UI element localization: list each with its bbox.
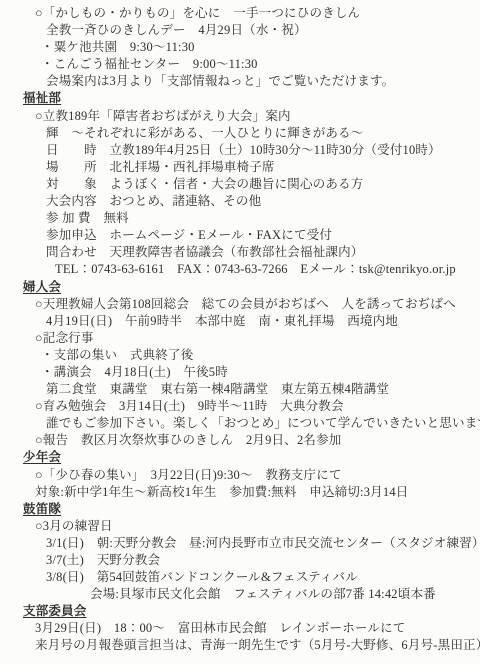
- line-houkoku: ○報告 教区月次祭炊事ひのきしん 2月9日、2名参加: [35, 432, 480, 449]
- section-shonenkai: 少年会 ○「少ひ春の集い」 3月22日(日)9:30～ 教務支庁にて 対象:新中…: [0, 449, 480, 500]
- line-geppo-tanto: 来月号の月報巻頭言担当は、青海一朗先生です（5月号-大野修、6月号-黒田正）: [35, 637, 480, 654]
- section-shibu-iinkai: 支部委員会 3月29日(日) 18：00～ 富田林市民会館 レインボーホールにて…: [0, 603, 480, 654]
- section-kotekitai: 鼓笛隊 ○3月の練習日 3/1(日) 朝:天野分教会 昼:河内長野市立市民交流セ…: [0, 501, 480, 604]
- line-taikai-annai: ○立教189年「障害者おぢばがえり大会」案内: [35, 108, 480, 125]
- line-shibu-tsudoi: ・支部の集い 式典終了後: [41, 347, 480, 364]
- line-hagukumi-benkyokai: ○育み勉強会 3月14日(土) 9時半～11時 大典分教会: [35, 398, 480, 415]
- line-practice-0307: 3/7(土) 天野分教会: [46, 552, 480, 569]
- line-fujinkai-sokai: ○天理教婦人会第108回総会 総ての会員がおぢばへ 人を誘っておぢばへ: [35, 296, 480, 313]
- heading-fujinkai: 婦人会: [23, 279, 480, 296]
- line-march-practice: ○3月の練習日: [35, 518, 480, 535]
- scanned-newsletter-page: ○「かしもの・かりもの」を心に 一手一つにひのきしん 全教一斉ひのきしんデー 4…: [0, 0, 480, 664]
- heading-kotekitai: 鼓笛隊: [23, 501, 480, 518]
- line-taikai-datetime: 日 時 立教189年4月25日（土）10時30分～11時30分（受付10時）: [46, 142, 480, 159]
- line-practice-0308: 3/8(日) 第54回鼓笛バンドコンクール&フェスティバル: [46, 569, 480, 586]
- document-body: ○「かしもの・かりもの」を心に 一手一つにひのきしん 全教一斉ひのきしんデー 4…: [0, 0, 480, 655]
- section-fujinkai: 婦人会 ○天理教婦人会第108回総会 総ての会員がおぢばへ 人を誘っておぢばへ …: [0, 279, 480, 450]
- heading-fukushibu: 福祉部: [23, 90, 480, 107]
- line-practice-0308-venue: 会場:貝塚市民文化会館 フェスティバルの部7番 14:42頃本番: [90, 586, 480, 603]
- line-taikai-theme: 輝 ～それぞれに彩がある、一人ひとりに輝きがある～: [46, 125, 480, 142]
- line-iinkai-meeting: 3月29日(日) 18：00～ 富田林市民会館 レインボーホールにて: [35, 620, 480, 637]
- line-practice-0301: 3/1(日) 朝:天野分教会 昼:河内長野市立市民交流センター（スタジオ練習）: [46, 535, 480, 552]
- line-haru-tsudoi: ○「少ひ春の集い」 3月22日(日)9:30～ 教務支庁にて: [35, 467, 480, 484]
- line-taikai-target: 対 象 ようぼく・信者・大会の趣旨に関心のある方: [46, 176, 480, 193]
- line-hinokishin-day: 全教一斉ひのきしんデー 4月29日（水・祝）: [46, 22, 480, 39]
- line-kouenkai: ・講演会 4月18日(土) 午後5時: [41, 364, 480, 381]
- line-haru-tsudoi-details: 対象:新中学1年生～新高校1年生 参加費:無料 申込締切:3月14日: [35, 484, 480, 501]
- line-venue-info: 会場案内は3月より「支部情報ねっと」でご覧いただけます。: [46, 73, 480, 90]
- line-venue-kongo-center: ・こんごう福祉センター 9:00～11:30: [41, 56, 480, 73]
- line-taikai-fee: 参 加 費 無料: [46, 210, 480, 227]
- heading-shonenkai: 少年会: [23, 449, 480, 466]
- line-fujinkai-date: 4月19日(日) 午前9時半 本部中庭 南・東礼拝場 西境内地: [46, 313, 480, 330]
- section-fukushibu: 福祉部 ○立教189年「障害者おぢばがえり大会」案内 輝 ～それぞれに彩がある、…: [0, 90, 480, 278]
- line-taikai-place: 場 所 北礼拝場・西礼拝場車椅子席: [46, 159, 480, 176]
- heading-shibu-iinkai: 支部委員会: [23, 603, 480, 620]
- line-hagukumi-note: 誰でもご参加下さい。楽しく「おつとめ」について学んでいきたいと思います: [46, 415, 480, 432]
- line-venue-awagaike: ・粟ケ池共園 9:30～11:30: [41, 39, 480, 56]
- line-taikai-contents: 大会内容 おつとめ、諸連絡、その他: [46, 193, 480, 210]
- line-slogan-kashimono: ○「かしもの・かりもの」を心に 一手一つにひのきしん: [35, 5, 480, 22]
- line-taikai-tel: TEL：0743-63-6161 FAX：0743-63-7266 Eメール：t…: [55, 261, 480, 278]
- line-kinen-gyoji: ○記念行事: [35, 330, 480, 347]
- line-taikai-apply: 参加申込 ホームページ・Eメール・FAXにて受付: [46, 227, 480, 244]
- line-taikai-contact: 問合わせ 天理教障害者協議会（布教部社会福祉課内）: [46, 244, 480, 261]
- line-kouenkai-venues: 第二食堂 東講堂 東右第一棟4階講堂 東左第五棟4階講堂: [46, 381, 480, 398]
- section-intro: ○「かしもの・かりもの」を心に 一手一つにひのきしん 全教一斉ひのきしんデー 4…: [0, 5, 480, 90]
